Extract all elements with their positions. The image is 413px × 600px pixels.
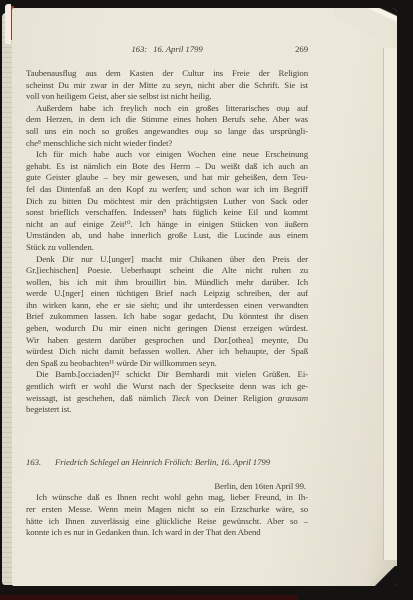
text-line: werde U.[nger] einen tüchtigen Brief nac… [26,288,308,300]
page-number: 269 [295,43,308,55]
letter-163-heading: 163.Friedrich Schlegel an Heinrich Fröli… [26,456,308,468]
printed-text-block: 163:16. April 1799 269 Taubenausflug aus… [26,43,308,539]
paragraph: Ich für mich habe auch vor einigen Woche… [26,149,308,253]
letter-163-title: Friedrich Schlegel an Heinrich Frölich: … [55,457,270,467]
letter-163-number: 163. [26,457,41,467]
text-line: fel das Dintenfaß an den Kopf zu werfen;… [26,184,308,196]
italic-text-segment: Tieck [172,393,190,403]
text-line: rer ersten Messe. Wenn mein Magen nicht … [26,504,308,516]
running-header-number: 163: [131,44,147,54]
paragraph: Denk Dir nur U.[unger] macht mir Chikane… [26,254,308,370]
page-right-edge-crease [383,48,397,560]
text-segment: von Deiner Religion [190,393,278,403]
text-line: Gr.[iechischen] Poesie. Ueberhaupt schei… [26,265,308,277]
text-line: Denk Dir nur U.[unger] macht mir Chikane… [26,254,308,266]
running-header-title: 163:16. April 1799 [131,44,202,54]
text-line: Außerdem habe ich freylich noch ein groß… [26,103,308,115]
text-line: Taubenausflug aus dem Kasten der Cultur … [26,68,308,80]
text-line: geben, wodurch Du mir einen nicht gering… [26,323,308,335]
text-line: wollen, bis ich mit ihm brouillirt bin. … [26,277,308,289]
paragraph: Ich wünsche daß es Ihnen recht wohl gehn… [26,492,308,538]
text-line: würdest Dich nicht damit befassen wollen… [26,346,308,358]
text-line: che⁸ menschliche sich nicht wieder finde… [26,138,308,150]
red-bottom-cover-edge [0,595,298,600]
running-header: 163:16. April 1799 269 [26,43,308,55]
text-line: Dich zu bitten Du möchtest mir den präch… [26,196,308,208]
text-line: sonst brieflich verschaffen. Indessen⁹ h… [26,207,308,219]
text-line: scheinst Du mir zwar in der Mitte zu sey… [26,80,308,92]
letter-163-dateline: Berlin, den 16ten April 99. [26,481,308,493]
letter-163-body: Ich wünsche daß es Ihnen recht wohl gehn… [26,492,308,538]
text-line: gentlich wirft er wohl die Wurst nach de… [26,381,308,393]
text-line: gehabt. Es ist nämlich ein Bote des Herr… [26,161,308,173]
text-line: weissagt, ist geschehen, daß nämlich Tie… [26,393,308,405]
text-line: dem Herzen, in dem ich die Stimme eines … [26,114,308,126]
text-line: Ich wünsche daß es Ihnen recht wohl gehn… [26,492,308,504]
paragraph: Taubenausflug aus dem Kasten der Cultur … [26,68,308,103]
text-line: Stück zu vollenden. [26,242,308,254]
page-corner-curl [335,8,397,52]
text-line: gute Geister glaube – bey mir gewesen, u… [26,172,308,184]
text-line: Brief zukommen lassen. Ich habe sogar ge… [26,311,308,323]
text-segment: weissagt, ist geschehen, daß nämlich [26,393,172,403]
letter-162-body: Taubenausflug aus dem Kasten der Cultur … [26,68,308,416]
paragraph: Die Bamb.[occiaden]¹² schickt Dir Bernha… [26,369,308,415]
page-bottom-corner-cut [363,566,397,586]
text-line: Die Bamb.[occiaden]¹² schickt Dir Bernha… [26,369,308,381]
text-line: ihn wirken kann, ehe er sie sieht; und i… [26,300,308,312]
running-header-date: 16. April 1799 [153,44,203,54]
text-line: den Spaß zu beobachten¹¹ würde Dir willk… [26,358,308,370]
paragraph: Außerdem habe ich freylich noch ein groß… [26,103,308,149]
text-line: voll von heiligem Geist, aber sie selbst… [26,91,308,103]
text-line: Umständen ab, und habe innerlich große L… [26,230,308,242]
text-line: hätte ich Ihnen zuverlässig eine glückli… [26,516,308,528]
text-line: konnte ich es nur in Gedanken thun. Ich … [26,527,308,539]
text-line: Wir haben gestern darüber gesprochen und… [26,335,308,347]
text-line: Ich für mich habe auch vor einigen Woche… [26,149,308,161]
text-line: nicht an auf einige Zeit¹⁰. Ich hänge in… [26,219,308,231]
text-line: begeistert ist. [26,404,308,416]
book-page: 163:16. April 1799 269 Taubenausflug aus… [12,8,397,586]
text-line: soll uns ein noch so großes angewandtes … [26,126,308,138]
italic-text-segment: grausam [278,393,308,403]
